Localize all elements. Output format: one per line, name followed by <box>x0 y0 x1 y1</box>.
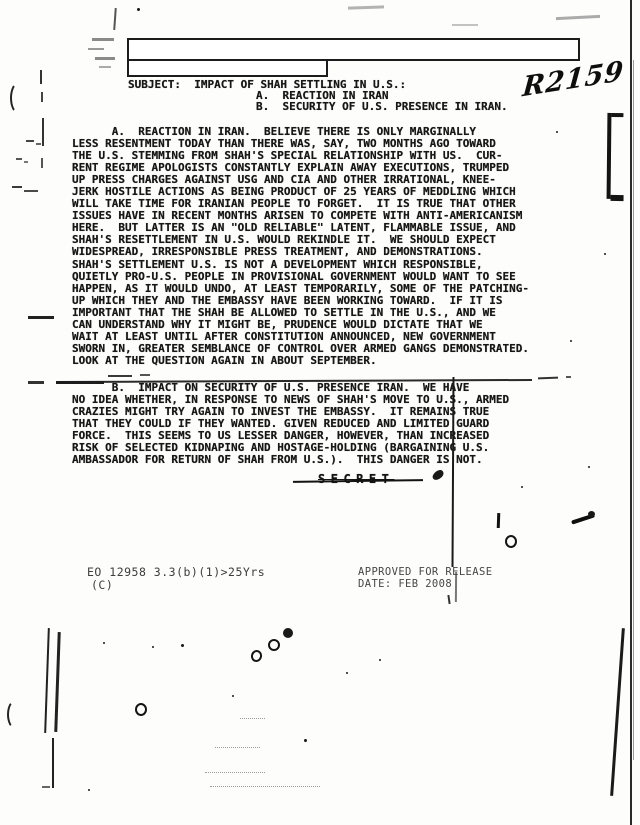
pen-blob-mark <box>431 469 445 482</box>
fold-line <box>610 628 624 796</box>
margin-mark <box>26 140 34 142</box>
scanned-document-page: R2159 SUBJECT: IMPACT OF SHAH SETTLING I… <box>0 0 640 825</box>
ink-speck <box>283 628 293 638</box>
fold-line <box>52 738 54 788</box>
scan-smudge <box>452 24 478 26</box>
text-line: LOOK AT THE QUESTION AGAIN IN ABOUT SEPT… <box>72 355 529 367</box>
ink-speck <box>103 642 105 644</box>
paragraph-b: B. IMPACT ON SECURITY OF U.S. PRESENCE I… <box>72 382 509 466</box>
ink-speck <box>181 644 184 647</box>
pen-tick-mark <box>497 513 500 528</box>
text-line: IMPORTANT THAT THE SHAH BE ALLOWED TO SE… <box>72 307 529 319</box>
page-edge-line <box>633 60 634 760</box>
faint-dash <box>240 718 265 719</box>
faint-dash <box>210 786 320 787</box>
declassification-stamp-line1: EO 12958 3.3(b)(1)>25Yrs <box>87 565 265 579</box>
margin-mark <box>16 158 22 160</box>
ink-speck <box>304 739 307 742</box>
fold-line <box>54 632 60 732</box>
faint-dash <box>215 747 260 748</box>
crease-line <box>452 377 455 567</box>
fold-line <box>44 628 50 733</box>
redaction-box <box>127 59 328 77</box>
scan-smudge <box>95 57 115 60</box>
text-line: AMBASSADOR FOR RETURN OF SHAH FROM U.S.)… <box>72 454 509 466</box>
pen-blob-mark <box>588 511 595 517</box>
ink-speck <box>42 786 50 788</box>
text-line: UP WHICH THEY AND THE EMBASSY HAVE BEEN … <box>72 295 529 307</box>
margin-mark <box>28 381 44 384</box>
margin-mark <box>12 186 22 188</box>
scan-smudge <box>88 48 104 50</box>
ink-speck <box>137 8 140 11</box>
margin-mark <box>24 190 38 192</box>
pen-paren-mark <box>10 82 27 114</box>
pen-bracket-mark <box>607 113 628 199</box>
ink-speck <box>570 340 572 342</box>
redaction-box <box>127 38 580 61</box>
fold-line <box>41 158 43 168</box>
scan-smudge <box>556 15 600 20</box>
fold-line <box>41 92 43 102</box>
text-line: SHAH'S SETTLEMENT U.S. IS NOT A DEVELOPM… <box>72 259 529 271</box>
text-line: CAN UNDERSTAND WHY IT MIGHT BE, PRUDENCE… <box>72 319 529 331</box>
ink-ring <box>135 703 147 716</box>
ink-speck <box>556 131 558 133</box>
margin-mark <box>24 161 28 163</box>
divider-dash <box>140 374 150 376</box>
ink-ring <box>250 649 264 663</box>
divider-dash <box>538 377 558 380</box>
faint-dash <box>205 772 265 773</box>
scan-smudge <box>348 5 384 9</box>
release-stamp-line1: APPROVED FOR RELEASE <box>358 566 492 578</box>
release-stamp-line2: DATE: FEB 2008 <box>358 578 452 590</box>
fold-line <box>42 118 44 146</box>
margin-mark <box>36 143 41 145</box>
ink-speck <box>88 789 90 791</box>
declassification-stamp-line2: (C) <box>91 578 113 592</box>
paragraph-a: A. REACTION IN IRAN. BELIEVE THERE IS ON… <box>72 126 529 367</box>
ink-speck <box>232 695 234 697</box>
text-line: HAPPEN, AS IT WOULD UNDO, AT LEAST TEMPO… <box>72 283 529 295</box>
ink-speck <box>604 253 606 255</box>
pen-tick-mark <box>447 595 450 604</box>
scan-smudge <box>92 38 114 41</box>
text-line: QUIETLY PRO-U.S. PEOPLE IN PROVISIONAL G… <box>72 271 529 283</box>
scan-artifact-line <box>113 8 117 30</box>
margin-mark <box>28 316 54 319</box>
ink-speck <box>152 646 154 648</box>
text-line: WIDESPREAD, IRRESPONSIBLE PRESS TREATMEN… <box>72 246 529 258</box>
fold-line <box>40 70 42 84</box>
handwritten-reference-number: R2159 <box>521 56 625 104</box>
subject-item-b: B. SECURITY OF U.S. PRESENCE IN IRAN. <box>256 100 508 113</box>
ink-speck <box>346 672 348 674</box>
ink-speck <box>521 486 523 488</box>
ink-speck <box>379 659 381 661</box>
divider-dash <box>566 376 571 378</box>
divider-dash <box>108 375 132 377</box>
pen-paren-mark <box>7 700 23 729</box>
ink-ring <box>268 639 280 651</box>
page-edge-line <box>630 0 632 825</box>
pen-circle-mark <box>505 535 517 548</box>
ink-speck <box>588 466 590 468</box>
scan-smudge <box>99 66 111 68</box>
